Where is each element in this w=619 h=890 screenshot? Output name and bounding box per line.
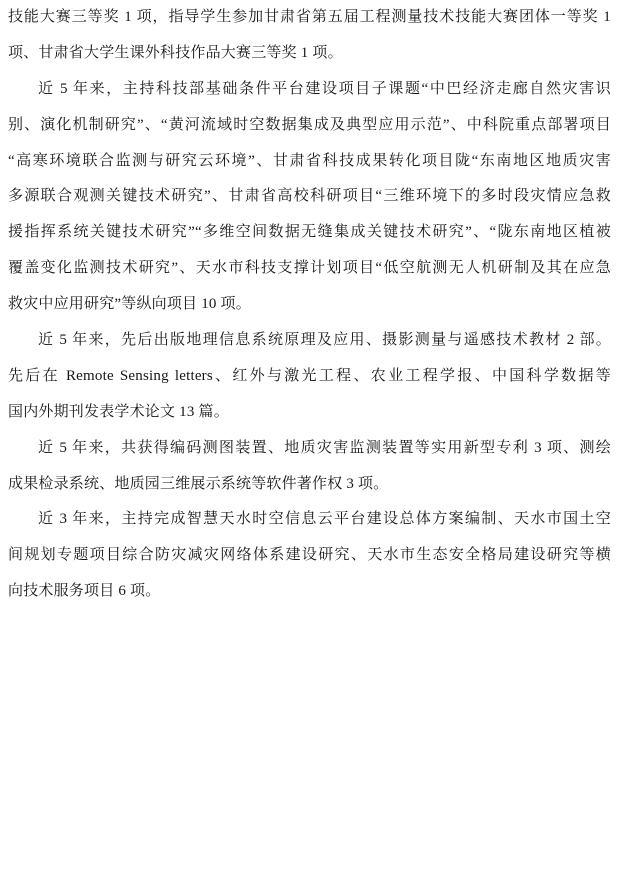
text-line: 向技术服务项目 6 项。 (8, 574, 611, 610)
text-line: 技能大赛三等奖 1 项，指导学生参加甘肃省第五届工程测量技术技能大赛团体一等奖 … (8, 0, 611, 36)
text-line: 近 5 年来，共获得编码测图装置、地质灾害监测装置等实用新型专利 3 项、测绘 (8, 431, 611, 467)
text-line: 近 5 年来，先后出版地理信息系统原理及应用、摄影测量与遥感技术教材 2 部。 (8, 323, 611, 359)
text-line: 别、演化机制研究”、“黄河流域时空数据集成及典型应用示范”、中科院重点部署项目 (8, 108, 611, 144)
text-line: 国内外期刊发表学术论文 13 篇。 (8, 395, 611, 431)
text-line: 近 5 年来，主持科技部基础条件平台建设项目子课题“中巴经济走廊自然灾害识 (8, 72, 611, 108)
paragraph: 近 5 年来，先后出版地理信息系统原理及应用、摄影测量与遥感技术教材 2 部。 … (8, 323, 611, 431)
paragraph: 技能大赛三等奖 1 项，指导学生参加甘肃省第五届工程测量技术技能大赛团体一等奖 … (8, 0, 611, 72)
text-line: 间规划专题项目综合防灾减灾网络体系建设研究、天水市生态安全格局建设研究等横 (8, 538, 611, 574)
text-line: 援指挥系统关键技术研究”“多维空间数据无缝集成关键技术研究”、“陇东南地区植被 (8, 215, 611, 251)
text-line: 成果检录系统、地质园三维展示系统等软件著作权 3 项。 (8, 467, 611, 503)
text-line: 近 3 年来，主持完成智慧天水时空信息云平台建设总体方案编制、天水市国土空 (8, 502, 611, 538)
paragraph: 近 5 年来，共获得编码测图装置、地质灾害监测装置等实用新型专利 3 项、测绘 … (8, 431, 611, 503)
text-line: 覆盖变化监测技术研究”、天水市科技支撑计划项目“低空航测无人机研制及其在应急 (8, 251, 611, 287)
document-page: 技能大赛三等奖 1 项，指导学生参加甘肃省第五届工程测量技术技能大赛团体一等奖 … (0, 0, 619, 890)
text-line: 救灾中应用研究”等纵向项目 10 项。 (8, 287, 611, 323)
text-line: 项、甘肃省大学生课外科技作品大赛三等奖 1 项。 (8, 36, 611, 72)
text-line: 先后在 Remote Sensing letters、红外与激光工程、农业工程学… (8, 359, 611, 395)
paragraph: 近 5 年来，主持科技部基础条件平台建设项目子课题“中巴经济走廊自然灾害识 别、… (8, 72, 611, 323)
text-line: 多源联合观测关键技术研究”、甘肃省高校科研项目“三维环境下的多时段灾情应急救 (8, 179, 611, 215)
paragraph: 近 3 年来，主持完成智慧天水时空信息云平台建设总体方案编制、天水市国土空 间规… (8, 502, 611, 610)
text-line: “高寒环境联合监测与研究云环境”、甘肃省科技成果转化项目陇“东南地区地质灾害 (8, 144, 611, 180)
